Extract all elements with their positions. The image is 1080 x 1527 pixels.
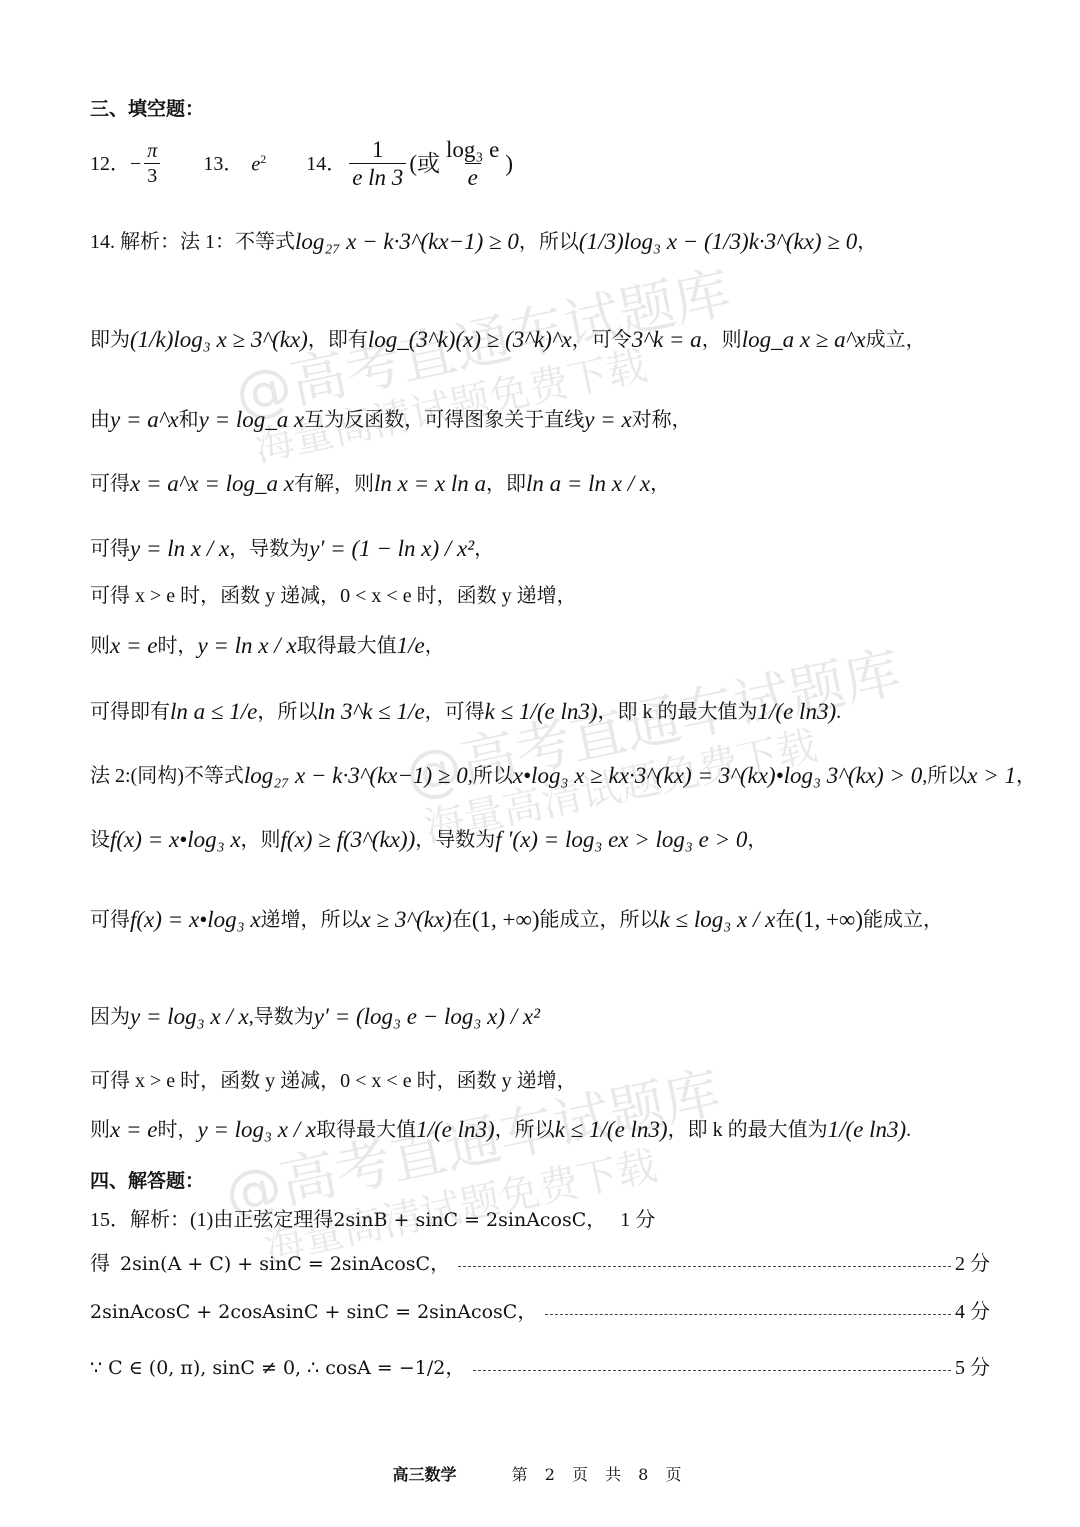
text: 有解，则 [294,474,374,494]
text: ，可得 [425,702,485,722]
document-page: @高考直通车试题库 海量高清试题免费下载 @高考直通车试题库 海量高清试题免费下… [0,0,1080,1527]
text: ，即 k 的最大值为 [598,702,758,722]
solution14-line10: 设 f(x) = x•log₃ x ，则 f(x) ≥ f(3^(kx)) ，导… [90,828,767,851]
math-expr: f ′(x) = log₃ ex > log₃ e > 0 [495,828,747,851]
math-expr: (1/k)log₃ x ≥ 3^(kx) [130,328,308,351]
math-expr: k ≤ log₃ x / x [660,908,776,931]
solution14-line6: 可得 x > e 时，函数 y 递减，0 < x < e 时，函数 y 递增， [90,586,577,606]
q12-answer: π 3 [144,141,160,186]
text: 能成立， [863,910,943,930]
q12-sign: − [130,154,141,174]
text: ,所以 [922,766,967,786]
solution14-line1: 14. 解析：法 1：不等式 log₂₇ x − k·3^(kx−1) ≥ 0 … [90,230,877,253]
text: 取得最大值 [316,1120,416,1140]
math-expr: ln a = ln x / x [526,472,650,495]
math-expr: y = ln x / x [130,537,229,560]
math-expr: 1/(e ln3) [828,1118,907,1141]
text: ， [857,232,877,252]
q12-denominator: 3 [144,163,160,186]
math-expr: 3^k = a [632,328,702,351]
q14-alt-prefix: (或 [409,152,440,175]
q14-alt-answer: log₃ e e [443,138,502,189]
math-expr: (1, +∞) [795,908,863,931]
text: . [836,702,841,722]
math-expr: f(x) = x•log₃ x [110,828,241,851]
math-expr: x ≥ 3^(kx) [361,908,452,931]
text: 可得 [90,910,130,930]
dashed-leader [545,1314,951,1315]
math-expr: x•log₃ x ≥ kx·3^(kx) = 3^(kx)•log₃ 3^(kx… [513,764,922,787]
math-expr: y = log_a x [199,408,305,431]
q14-alt-den: e [465,163,481,189]
math-expr: x = e [110,634,157,657]
math-expr: k ≤ 1/(e ln3) [485,700,598,723]
math-expr: y = a^x [110,408,179,431]
text: ，所以 [495,1120,555,1140]
text: 和 [179,410,199,430]
text: 得 [90,1254,110,1274]
math-expr: 2sinAcosC + 2cosAsinC + sinC = 2sinAcosC [90,1303,517,1322]
text: 法 2:(同构)不等式 [90,766,244,786]
math-expr: 1/(e ln3) [758,700,837,723]
page-footer: 高三数学 第 2 页 共 8 页 [0,1462,1080,1485]
math-expr: x > 1 [967,764,1016,787]
math-expr: y′ = (1 − ln x) / x² [309,537,474,560]
math-expr: y′ = (log₃ e − log₃ x) / x² [314,1005,540,1028]
math-expr: k ≤ 1/(e ln3) [555,1118,668,1141]
math-expr: log_a x ≥ a^x [742,328,866,351]
text: 则 [90,636,110,656]
math-expr: x = a^x = log_a x [130,472,294,495]
text: 互为反函数，可得图象关于直线 [304,410,584,430]
footer-subject: 高三数学 [393,1465,457,1484]
text: 时， [157,1120,197,1140]
solution14-line14: 则 x = e 时， y = log₃ x / x 取得最大值 1/(e ln3… [90,1118,911,1141]
text: 在 [452,910,472,930]
solution14-line4: 可得 x = a^x = log_a x 有解，则 ln x = x ln a … [90,472,670,495]
text: 因为 [90,1007,130,1027]
q14-answer: 1 e ln 3 [349,138,406,189]
text: ，即 [486,474,526,494]
q12-number: 12． [90,154,130,174]
text: ， [1016,766,1036,786]
math-expr: 1/e [397,634,425,657]
text: 14. 解析：法 1：不等式 [90,232,295,252]
solution15-line1: 15．解析：(1)由正弦定理得 2sinB + sinC = 2sinAcosC… [90,1210,655,1230]
text: 可得即有 [90,702,170,722]
text: 可得 [90,539,130,559]
text: ， [517,1302,537,1322]
dashed-leader [473,1370,951,1371]
score-label: 1 分 [620,1210,655,1230]
solution14-line2: 即为 (1/k)log₃ x ≥ 3^(kx) ，即有 log_(3^k)(x)… [90,328,926,351]
solution15-line4: ∵ C ∈ (0, π), sinC ≠ 0, ∴ cosA = −1/2 ， … [90,1358,990,1378]
text: ,所以 [468,766,513,786]
math-expr: log₂₇ x − k·3^(kx−1) ≥ 0 [295,230,519,253]
text: ， [425,636,445,656]
text: ， [445,1358,465,1378]
math-expr: log₂₇ x − k·3^(kx−1) ≥ 0 [244,764,468,787]
text: ，可令 [572,330,632,350]
text: 时， [157,636,197,656]
text: ，即 k 的最大值为 [668,1120,828,1140]
text: 对称， [632,410,692,430]
text: 可得 [90,474,130,494]
q14-alt-suffix: ) [505,152,513,175]
text: 递增，所以 [261,910,361,930]
score-label: 5 分 [955,1358,990,1378]
q14-alt-num: log₃ e [443,138,502,163]
math-expr: ∵ C ∈ (0, π), sinC ≠ 0, ∴ cosA = −1/2 [90,1359,445,1378]
text: ， [586,1210,606,1230]
watermark-line2: 海量高清试题免费下载 [248,334,651,473]
text: 15．解析：(1)由正弦定理得 [90,1210,333,1230]
q13-number: 13． [203,154,243,174]
text: 在 [775,910,795,930]
math-expr: log_(3^k)(x) ≥ (3^k)^x [368,328,572,351]
math-expr: (1, +∞) [472,908,540,931]
q14-number: 14． [306,154,346,174]
solution15-line2: 得 2sin(A + C) + sinC = 2sinAcosC ， 2 分 [90,1254,990,1274]
text: . [906,1120,911,1140]
math-expr: 1/(e ln3) [416,1118,495,1141]
math-expr: ln x = x ln a [374,472,486,495]
math-expr: y = ln x / x [197,634,296,657]
section-heading-fill-in: 三、填空题： [90,100,204,119]
text: ，导数为 [415,830,495,850]
math-expr: (1/3)log₃ x − (1/3)k·3^(kx) ≥ 0 [579,230,857,253]
math-expr: f(x) ≥ f(3^(kx)) [281,828,416,851]
text: ，所以 [257,702,317,722]
math-expr: ln 3^k ≤ 1/e [317,700,424,723]
math-expr: 2sinB + sinC = 2sinAcosC [333,1211,586,1230]
solution14-line8: 可得即有 ln a ≤ 1/e ，所以 ln 3^k ≤ 1/e ，可得 k ≤… [90,700,841,723]
math-expr: y = log₃ x / x [197,1118,316,1141]
text: 则 [90,1120,110,1140]
math-expr: ln a ≤ 1/e [170,700,257,723]
section-heading-solutions: 四、解答题： [90,1172,204,1191]
math-expr: y = log₃ x / x [130,1005,249,1028]
math-expr: x = e [110,1118,157,1141]
text: 即为 [90,330,130,350]
text: ，所以 [519,232,579,252]
math-expr: 2sin(A + C) + sinC = 2sinAcosC [120,1255,430,1274]
solution15-line3: 2sinAcosC + 2cosAsinC + sinC = 2sinAcosC… [90,1302,990,1322]
text: 成立， [866,330,926,350]
solution14-line12: 因为 y = log₃ x / x ,导数为 y′ = (log₃ e − lo… [90,1005,540,1028]
text: 由 [90,410,110,430]
answers-row: 12． − π 3 13． e2 14． 1 e ln 3 (或 log₃ e … [90,138,513,189]
math-expr: f(x) = x•log₃ x [130,908,261,931]
text: 取得最大值 [297,636,397,656]
q14-frac-den: e ln 3 [349,163,406,189]
solution14-line13: 可得 x > e 时，函数 y 递减，0 < x < e 时，函数 y 递增， [90,1071,577,1091]
q12-numerator: π [144,141,160,163]
text: ，则 [702,330,742,350]
solution14-line11: 可得 f(x) = x•log₃ x 递增，所以 x ≥ 3^(kx) 在 (1… [90,908,943,931]
text: ， [747,830,767,850]
text: ，即有 [308,330,368,350]
text: ，导数为 [229,539,309,559]
text: ， [430,1254,450,1274]
text: ， [650,474,670,494]
solution14-line9: 法 2:(同构)不等式 log₂₇ x − k·3^(kx−1) ≥ 0 ,所以… [90,764,1036,787]
footer-page-number: 第 2 页 共 8 页 [512,1465,688,1484]
solution14-line5: 可得 y = ln x / x ，导数为 y′ = (1 − ln x) / x… [90,537,494,560]
text: ,导数为 [249,1007,314,1027]
q14-frac-num: 1 [369,138,387,163]
math-expr: y = x [584,408,631,431]
text: 能成立，所以 [540,910,660,930]
score-label: 4 分 [955,1302,990,1322]
solution14-line7: 则 x = e 时， y = ln x / x 取得最大值 1/e ， [90,634,445,657]
text: 设 [90,830,110,850]
text: ，则 [241,830,281,850]
dashed-leader [458,1266,951,1267]
q13-answer: e2 [251,153,266,175]
text: ， [474,539,494,559]
solution14-line3: 由 y = a^x 和 y = log_a x 互为反函数，可得图象关于直线 y… [90,408,692,431]
score-label: 2 分 [955,1254,990,1274]
